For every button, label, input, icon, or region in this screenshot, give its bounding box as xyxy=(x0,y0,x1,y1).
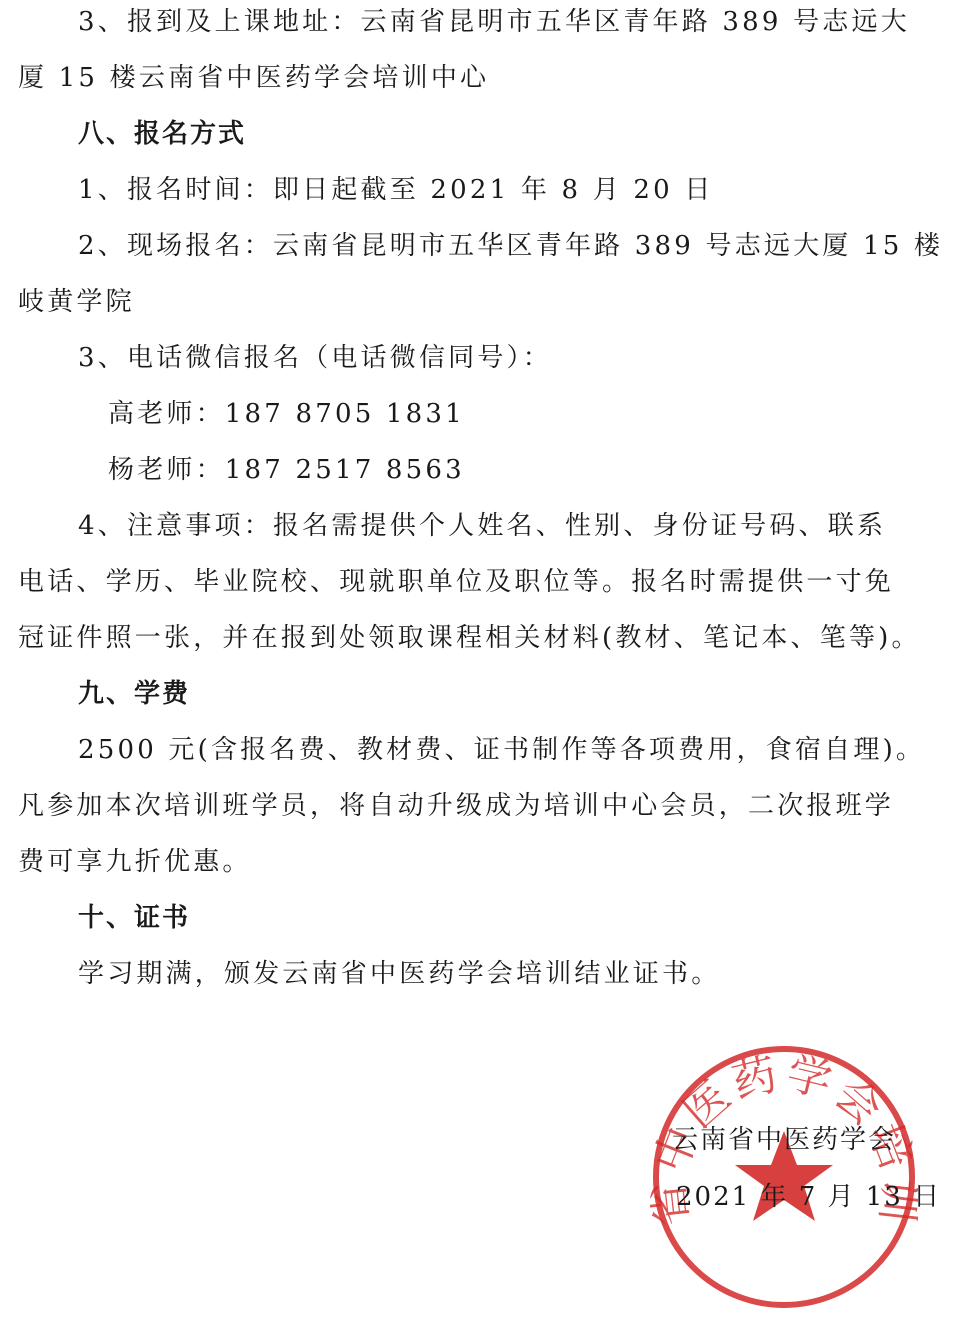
paragraph-line: 厦 15 楼云南省中医药学会培训中心 xyxy=(18,61,489,95)
section-heading: 十、证书 xyxy=(78,901,190,935)
paragraph-line: 3、报到及上课地址：云南省昆明市五华区青年路 389 号志远大 xyxy=(78,5,910,39)
paragraph-line: 岐黄学院 xyxy=(18,285,135,319)
paragraph-line: 4、注意事项：报名需提供个人姓名、性别、身份证号码、联系 xyxy=(78,509,886,543)
section-heading: 九、学费 xyxy=(78,677,190,711)
paragraph-line: 3、电话微信报名（电话微信同号）： xyxy=(78,341,552,375)
paragraph-line: 2、现场报名：云南省昆明市五华区青年路 389 号志远大厦 15 楼 xyxy=(78,229,943,263)
signature-organization: 云南省中医药学会 xyxy=(672,1123,896,1157)
paragraph-line: 凡参加本次培训班学员，将自动升级成为培训中心会员，二次报班学 xyxy=(18,789,894,823)
paragraph-line: 高老师：187 8705 1831 xyxy=(108,397,465,431)
paragraph-line: 2500 元(含报名费、教材费、证书制作等各项费用，食宿自理)。 xyxy=(78,733,925,767)
paragraph-line: 学习期满，颁发云南省中医药学会培训结业证书。 xyxy=(78,957,720,991)
paragraph-line: 1、报名时间：即日起截至 2021 年 8 月 20 日 xyxy=(78,173,714,207)
section-heading: 八、报名方式 xyxy=(78,117,246,151)
paragraph-line: 费可享九折优惠。 xyxy=(18,845,252,879)
paragraph-line: 电话、学历、毕业院校、现就职单位及职位等。报名时需提供一寸免 xyxy=(18,565,894,599)
paragraph-line: 冠证件照一张，并在报到处领取课程相关材料(教材、笔记本、笔等)。 xyxy=(18,621,921,655)
paragraph-line: 杨老师：187 2517 8563 xyxy=(108,453,465,487)
signature-date: 2021 年 7 月 13 日 xyxy=(676,1180,941,1214)
official-seal-icon: 云南省中医药学会培训中心 xyxy=(650,1043,918,1311)
